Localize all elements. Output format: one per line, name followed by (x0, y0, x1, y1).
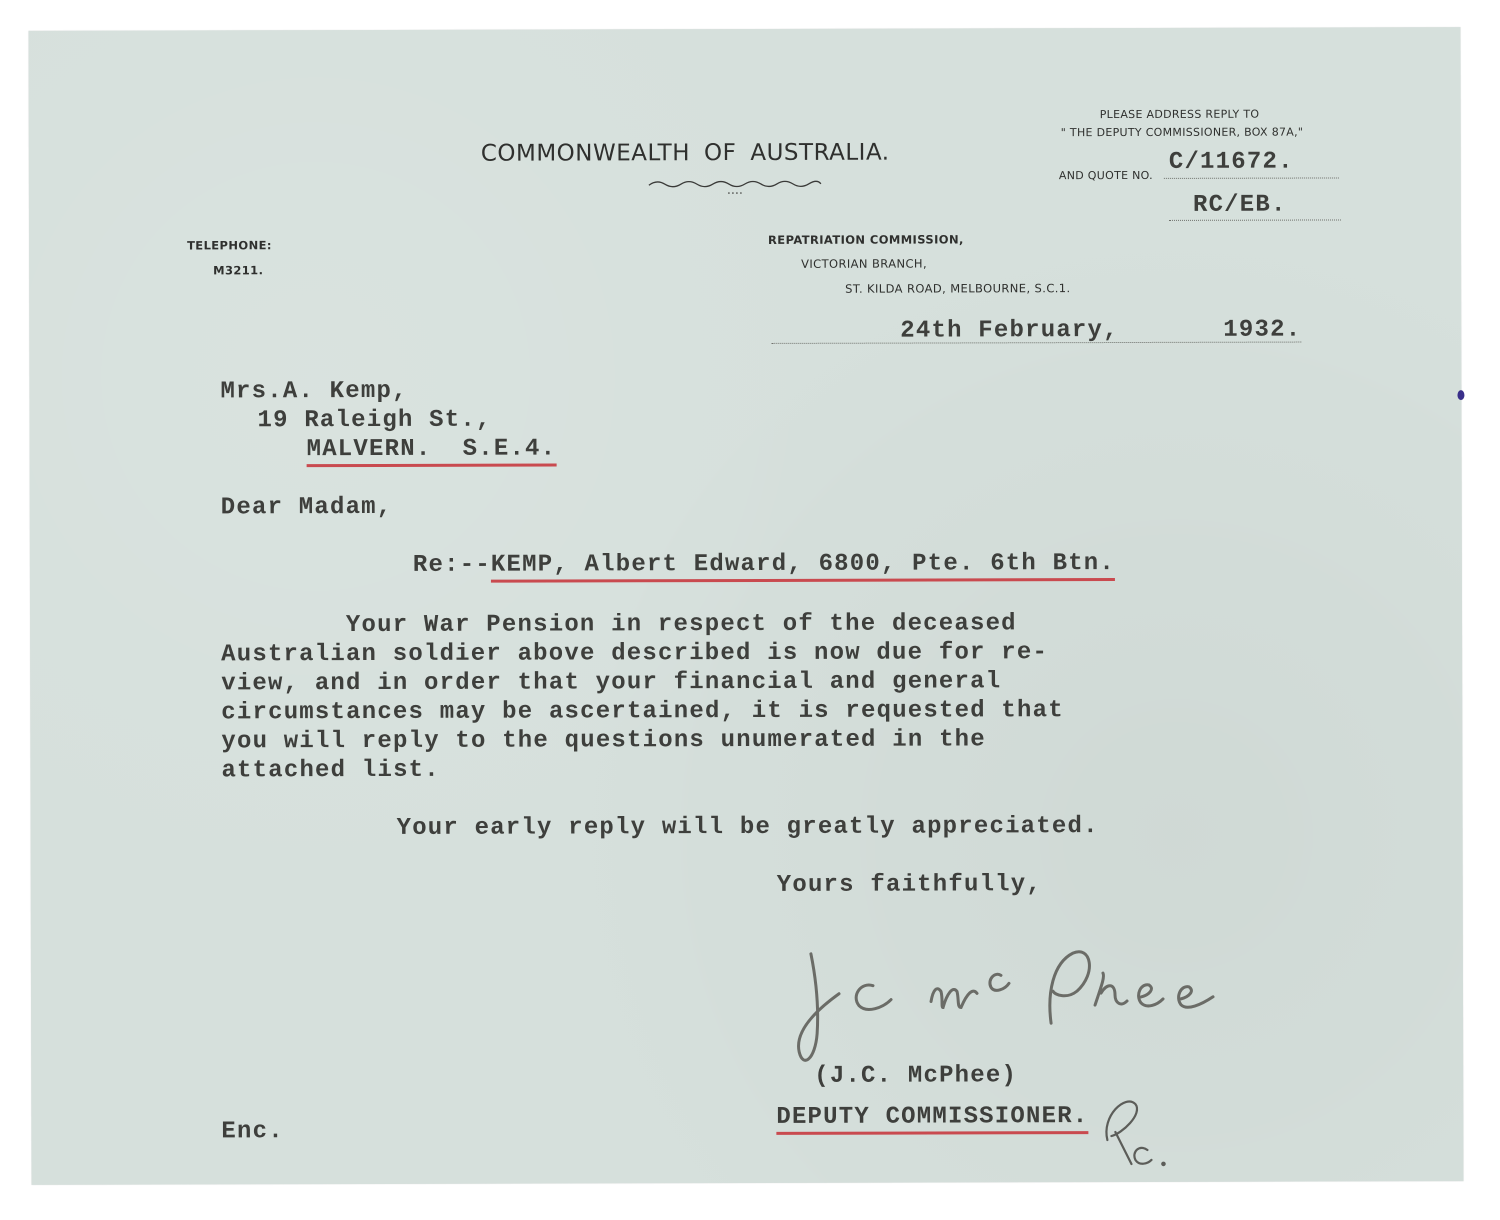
subject-line: Re:--KEMP, Albert Edward, 6800, Pte. 6th… (413, 550, 1115, 579)
subject-prefix: Re:-- (413, 552, 491, 579)
title-word-australia: AUSTRALIA. (750, 140, 889, 166)
handwritten-initials-icon (1091, 1086, 1171, 1176)
recipient-name: Mrs.A. Kemp, (220, 378, 407, 405)
body-paragraph-2: Your early reply will be greatly appreci… (397, 813, 1099, 842)
recipient-postcode: S.E.4. (463, 435, 557, 462)
telephone-label: TELEPHONE: (187, 238, 272, 252)
signatory-title: DEPUTY COMMISSIONER. (776, 1103, 1088, 1135)
salutation: Dear Madam, (221, 494, 393, 521)
reply-instruction-line1: PLEASE ADDRESS REPLY TO (1100, 108, 1260, 121)
recipient-suburb: MALVERN. (307, 436, 432, 463)
body-line: Australian soldier above described is no… (221, 638, 1064, 669)
typed-signatory-name: (J.C. McPhee) (814, 1062, 1017, 1090)
quote-number-label: AND QUOTE NO. (1059, 169, 1153, 182)
office-address-line2: VICTORIAN BRANCH, (801, 257, 927, 271)
body-line: view, and in order that your financial a… (221, 667, 1064, 698)
body-line: you will reply to the questions unumerat… (221, 725, 1064, 756)
title-word-of: OF (704, 140, 736, 166)
subject-text: KEMP, Albert Edward, 6800, Pte. 6th Btn. (491, 550, 1115, 583)
ink-mark-icon (1457, 390, 1464, 400)
title-word-commonwealth: COMMONWEALTH (481, 140, 690, 167)
body-paragraph-1: Your War Pension in respect of the decea… (221, 609, 1064, 785)
letterhead-title: COMMONWEALTHOFAUSTRALIA. (481, 140, 890, 167)
date-day-month: 24th February, (900, 317, 1119, 345)
enclosure-note: Enc. (221, 1118, 283, 1145)
handwritten-signature-icon (791, 933, 1271, 1074)
telephone-number: M3211. (213, 263, 263, 277)
quote-number: C/11672. (1169, 149, 1294, 176)
valediction: Yours faithfully, (777, 871, 1042, 899)
reply-instruction-line2: " THE DEPUTY COMMISSIONER, BOX 87A," (1061, 126, 1304, 140)
office-address-line3: ST. KILDA ROAD, MELBOURNE, S.C.1. (845, 281, 1070, 296)
decorative-wave-rule-icon (649, 179, 829, 199)
reference-code: RC/EB. (1193, 192, 1287, 219)
body-line: circumstances may be ascertained, it is … (221, 696, 1064, 727)
recipient-locality: MALVERN. S.E.4. (307, 435, 557, 467)
office-address-line1: REPATRIATION COMMISSION, (768, 232, 964, 247)
body-line: attached list. (221, 754, 1064, 785)
date-year: 1932. (1223, 317, 1301, 344)
body-line: Your War Pension in respect of the decea… (221, 609, 1064, 640)
recipient-street: 19 Raleigh St., (257, 407, 491, 435)
letter-paper: COMMONWEALTHOFAUSTRALIA. PLEASE ADDRESS … (28, 27, 1463, 1185)
